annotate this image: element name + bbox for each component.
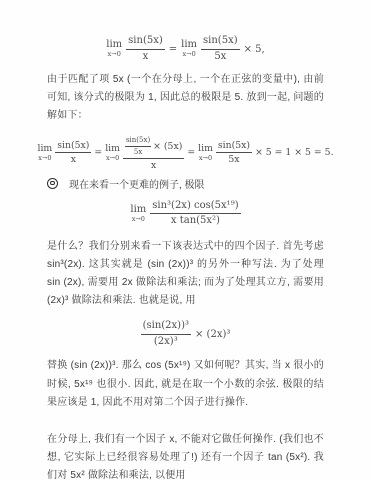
- lim-text: lim: [37, 144, 52, 153]
- nested-fraction: sin(5x) 5x × (5x) x: [123, 134, 184, 171]
- lim-subscript: x→0: [108, 51, 121, 58]
- fraction-denominator: x: [149, 159, 158, 172]
- equals-sign: =: [94, 147, 102, 158]
- lim-text: lim: [106, 40, 122, 50]
- book-page: lim x→0 sin(5x) x = lim x→0 sin(5x) 5x ×…: [0, 0, 370, 480]
- formula-tail: × 5 = 1 × 5 = 5.: [255, 147, 333, 158]
- formula-hard-example: lim x→0 sin³(2x) cos(5x¹⁹) x tan(5x²): [47, 198, 324, 230]
- fraction: sin(5x) 5x: [216, 140, 252, 166]
- lim-subscript: x→0: [182, 51, 195, 58]
- limit-operator: lim x→0: [181, 40, 197, 58]
- lim-subscript: x→0: [132, 216, 145, 223]
- inner-fraction: sin(5x) 5x: [125, 136, 151, 157]
- fraction-numerator: sin(5x): [201, 35, 240, 50]
- fraction-numerator: sin(5x): [126, 35, 165, 50]
- spiral-icon-inner: [50, 181, 55, 186]
- fraction-denominator: x: [69, 153, 78, 166]
- fraction-denominator: x: [141, 50, 151, 64]
- formula-tail: × (2x)³: [195, 329, 230, 340]
- limit-operator: lim x→0: [106, 40, 122, 58]
- limit-operator: lim x→0: [198, 144, 213, 161]
- fraction: sin(5x) x: [126, 35, 165, 63]
- paragraph-match-explanation: 由于匹配了项 5x (一个在分母上, 一个在正弦的变量中), 由前可知, 该分式…: [47, 71, 324, 126]
- paragraph-denominator-factors: 在分母上, 我们有一个因子 x, 不能对它做任何操作. (我们也不想, 它实际上…: [47, 431, 324, 480]
- limit-operator: lim x→0: [130, 205, 146, 223]
- limit-operator: lim x→0: [37, 144, 52, 161]
- fraction-denominator: x tan(5x²): [169, 214, 222, 228]
- fraction-numerator: sin(5x): [55, 140, 91, 154]
- fraction-numerator: (sin(2x))³: [141, 320, 191, 335]
- lim-text: lim: [198, 144, 213, 153]
- lim-subscript: x→0: [199, 155, 212, 162]
- lim-text: lim: [130, 205, 146, 215]
- formula-sin5x-match: lim x→0 sin(5x) x = lim x→0 sin(5x) 5x ×…: [47, 36, 324, 62]
- fraction-denominator: 5x: [226, 153, 241, 166]
- fraction: sin(5x) x: [55, 140, 91, 166]
- formula-substitution: (sin(2x))³ (2x)³ × (2x)³: [47, 319, 324, 349]
- numerator-row: sin(5x) 5x × (5x): [125, 136, 182, 157]
- fraction: sin(5x) 5x: [201, 35, 240, 63]
- example-heading-text: 现在来看一个更难的例子, 极限: [69, 176, 205, 191]
- inner-times: × (5x): [153, 141, 182, 153]
- paragraph-cosine-factor: 替换 (sin (2x))³. 那么 cos (5x¹⁹) 又如何呢？其实, 当…: [47, 357, 324, 412]
- fraction-denominator: 5x: [212, 50, 228, 64]
- equals-sign: =: [169, 44, 177, 55]
- inner-denominator: 5x: [132, 147, 144, 157]
- fraction-numerator: sin(5x) 5x × (5x): [123, 134, 184, 159]
- limit-operator: lim x→0: [105, 144, 120, 161]
- lim-subscript: x→0: [38, 155, 51, 162]
- fraction: (sin(2x))³ (2x)³: [141, 320, 191, 348]
- lim-text: lim: [181, 40, 197, 50]
- lim-subscript: x→0: [106, 155, 119, 162]
- fraction-numerator: sin³(2x) cos(5x¹⁹): [150, 200, 240, 215]
- fraction-numerator: sin(5x): [216, 140, 252, 154]
- formula-tail: × 5,: [244, 44, 265, 55]
- spiral-icon: [47, 178, 58, 189]
- paragraph-four-factors: 是什么？我们分别来看一下该表达式中的四个因子. 首先考虑 sin³(2x). 这…: [47, 238, 324, 311]
- example-heading-row: 现在来看一个更难的例子, 极限: [47, 176, 324, 191]
- equals-sign: =: [187, 147, 195, 158]
- lim-text: lim: [105, 144, 120, 153]
- inner-numerator: sin(5x): [125, 136, 151, 147]
- fraction: sin³(2x) cos(5x¹⁹) x tan(5x²): [150, 200, 240, 228]
- formula-solution: lim x→0 sin(5x) x = lim x→0 sin(5x) 5x ×…: [47, 137, 324, 169]
- fraction-denominator: (2x)³: [152, 335, 180, 349]
